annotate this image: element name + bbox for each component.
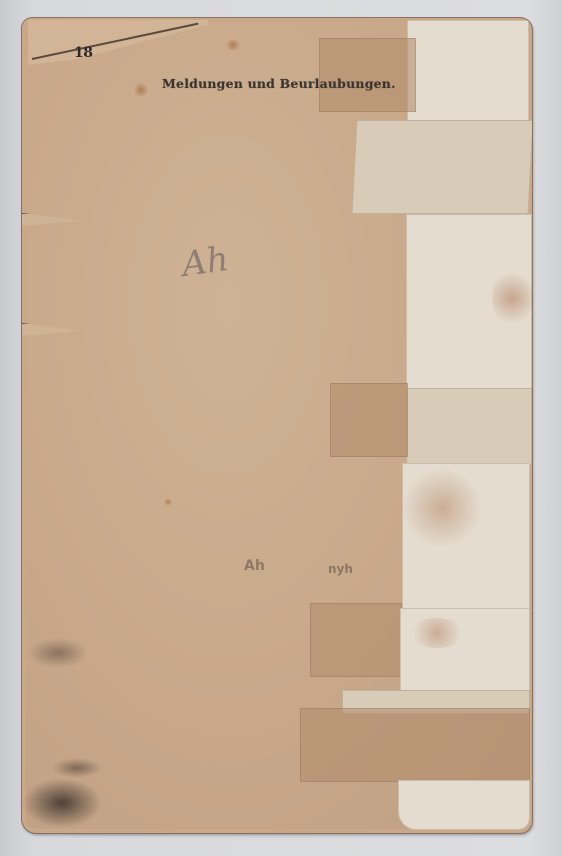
tape-strip <box>330 383 408 457</box>
dirt-mark <box>22 778 102 828</box>
page-number: 18 <box>74 45 92 61</box>
dirt-mark <box>52 758 102 778</box>
tape-strip <box>352 120 532 214</box>
water-stain <box>402 468 482 548</box>
booklet-page: 18 Meldungen und Beurlaubungen. Ah Ah ny… <box>22 18 532 833</box>
tape-strip <box>407 20 529 134</box>
pencil-mark: Ah <box>179 239 231 285</box>
water-stain <box>407 618 467 648</box>
tape-strip <box>319 38 416 112</box>
rust-stain <box>134 82 148 98</box>
rust-stain <box>492 268 532 328</box>
tape-strip <box>300 708 530 782</box>
rust-stain <box>224 40 242 50</box>
page-heading: Meldungen und Beurlaubungen. <box>162 76 396 91</box>
faint-stamp-text: Ah <box>244 558 265 574</box>
dirt-mark <box>28 638 88 668</box>
tape-strip <box>406 388 532 465</box>
tape-strip <box>310 603 402 677</box>
tape-strip <box>398 780 530 830</box>
rust-stain <box>164 498 172 506</box>
faint-stamp-text: nyh <box>328 562 353 576</box>
